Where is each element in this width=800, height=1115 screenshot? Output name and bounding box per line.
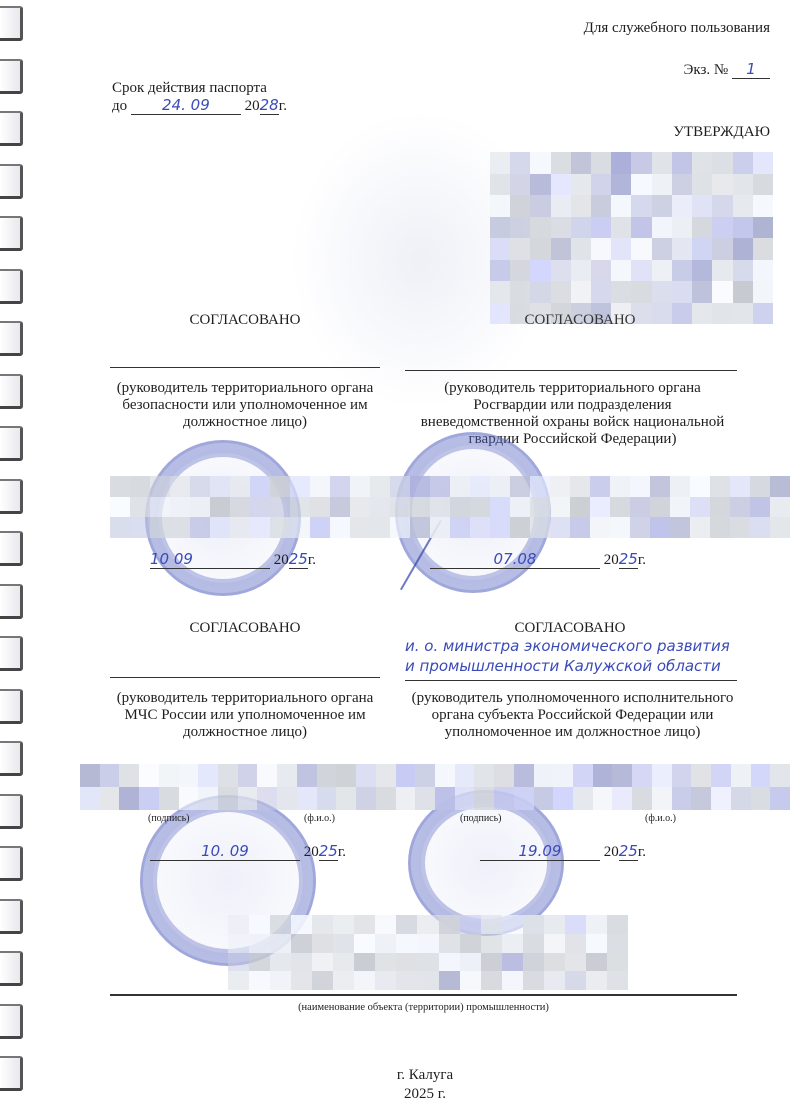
- approval-1-date-value: 10 09: [150, 550, 270, 569]
- binding-hole: [0, 636, 23, 671]
- approval-1-year-suffix: 25: [289, 550, 308, 569]
- approval-4-date-value: 19.09: [480, 842, 600, 861]
- approval-3-line: [110, 677, 380, 678]
- handwritten-line-2: и промышленности Калужской области: [405, 656, 795, 676]
- object-caption: (наименование объекта (территории) промы…: [110, 1002, 737, 1013]
- binding-hole: [0, 59, 23, 94]
- redacted-signatures-row-1: [110, 476, 790, 538]
- approval-1-heading: СОГЛАСОВАНО: [110, 312, 380, 329]
- validity-year-end: г.: [279, 98, 287, 114]
- footer-city: г. Калуга: [300, 1066, 550, 1085]
- approve-heading: УТВЕРЖДАЮ: [673, 124, 770, 141]
- approval-4-year-prefix: 20: [604, 844, 619, 860]
- binding-hole: [0, 584, 23, 619]
- passport-validity: Срок действия паспорта до 24. 09 2028г.: [112, 80, 287, 115]
- binding-hole: [0, 794, 23, 829]
- approval-3-caption: (руководитель территориального органа МЧ…: [110, 690, 380, 741]
- approval-2-line: [405, 370, 737, 371]
- binding-hole: [0, 1004, 23, 1039]
- approval-4-heading: СОГЛАСОВАНО: [430, 620, 710, 637]
- validity-year-suffix: 28: [260, 96, 279, 115]
- binding-hole: [0, 6, 23, 41]
- redacted-signatures-row-2: [80, 764, 790, 810]
- approval-1-year-prefix: 20: [274, 552, 289, 568]
- approval-3-date: 10. 09 2025г.: [150, 842, 346, 861]
- approval-3-date-value: 10. 09: [150, 842, 300, 861]
- approval-2-year-prefix: 20: [604, 552, 619, 568]
- binding-hole: [0, 111, 23, 146]
- approval-4-date: 19.09 2025г.: [480, 842, 646, 861]
- validity-prefix: до: [112, 98, 127, 114]
- classification-label: Для служебного пользования: [584, 20, 770, 37]
- approval-3-year-prefix: 20: [304, 844, 319, 860]
- binding-hole: [0, 899, 23, 934]
- validity-label: Срок действия паспорта: [112, 80, 287, 97]
- approval-2-year-end: г.: [638, 552, 646, 568]
- approval-1-year-end: г.: [308, 552, 316, 568]
- approval-4-caption: (руководитель уполномоченного исполнител…: [410, 690, 735, 741]
- approval-1-date: 10 09 2025г.: [150, 550, 316, 569]
- binding-hole: [0, 846, 23, 881]
- validity-date: 24. 09: [131, 97, 241, 115]
- binding-hole: [0, 479, 23, 514]
- approval-4-name-label: (ф.и.о.): [645, 813, 676, 824]
- approval-2-year-suffix: 25: [619, 550, 638, 569]
- validity-year-prefix: 20: [245, 98, 260, 114]
- approval-1-line: [110, 367, 380, 368]
- handwritten-line-1: и. о. министра экономического развития: [405, 636, 795, 656]
- approval-1-caption: (руководитель территориального органа бе…: [110, 380, 380, 431]
- approval-3-year-suffix: 25: [319, 842, 338, 861]
- approval-4-signature-label: (подпись): [460, 813, 502, 824]
- approval-2-date: 07.08 2025г.: [430, 550, 646, 569]
- approval-4-year-suffix: 25: [619, 842, 638, 861]
- approval-3-year-end: г.: [338, 844, 346, 860]
- binding-hole: [0, 531, 23, 566]
- approval-2-heading: СОГЛАСОВАНО: [430, 312, 730, 329]
- binding-hole: [0, 951, 23, 986]
- approval-4-handwritten-position: и. о. министра экономического развития и…: [405, 636, 795, 676]
- binding-hole: [0, 1056, 23, 1091]
- approval-3-heading: СОГЛАСОВАНО: [110, 620, 380, 637]
- binding-hole: [0, 689, 23, 724]
- redacted-object-name: [228, 915, 628, 990]
- footer: г. Калуга 2025 г.: [300, 1066, 550, 1104]
- approval-2-date-value: 07.08: [430, 550, 600, 569]
- binding-hole: [0, 426, 23, 461]
- copy-label: Экз. №: [684, 62, 729, 78]
- binding-hole: [0, 374, 23, 409]
- object-line: [110, 994, 737, 996]
- binding-hole: [0, 216, 23, 251]
- copy-number-value: 1: [732, 60, 770, 79]
- binding-hole: [0, 269, 23, 304]
- footer-year: 2025 г.: [300, 1085, 550, 1104]
- copy-number: Экз. № 1: [684, 60, 770, 79]
- approval-4-year-end: г.: [638, 844, 646, 860]
- binding-hole: [0, 741, 23, 776]
- approval-4-line: [405, 680, 737, 681]
- binding-holes: [0, 0, 26, 1115]
- approval-3-name-label: (ф.и.о.): [304, 813, 335, 824]
- redacted-approver-block: [490, 152, 773, 324]
- binding-hole: [0, 164, 23, 199]
- binding-hole: [0, 321, 23, 356]
- approval-3-signature-label: (подпись): [148, 813, 190, 824]
